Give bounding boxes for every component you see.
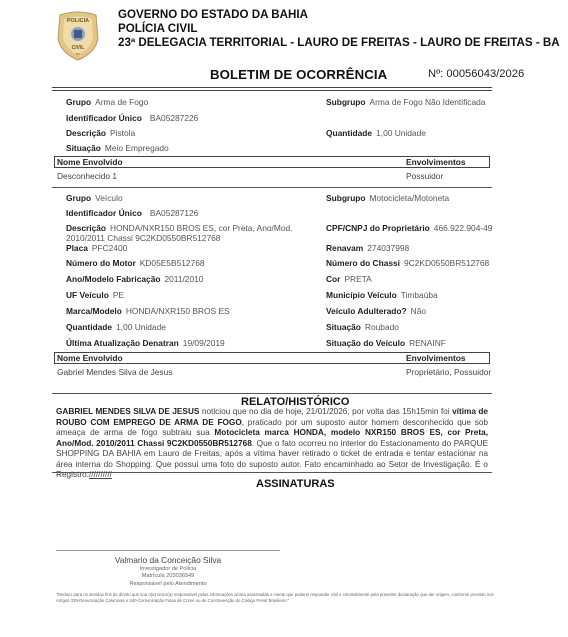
vehicle-color-field: CorPRETA <box>326 274 372 284</box>
vehicle-model-field: Marca/ModeloHONDA/NXR150 BROS ES <box>66 306 230 316</box>
vehicle-owner-cpf-field: CPF/CNPJ do Proprietário466.922.904-49 <box>326 223 492 233</box>
badge-bottom-text: CIVIL <box>72 45 85 51</box>
signer-role: Investigador de Polícia <box>56 566 280 572</box>
signer-responsibility: Responsável pelo Atendimento <box>56 581 280 587</box>
signatures-title: ASSINATURAS <box>256 478 335 490</box>
vehicle-quantity-field: Quantidade1,00 Unidade <box>66 322 166 332</box>
vehicle-involvement-header: Envolvimentos <box>406 353 466 363</box>
document-number-label: Nº: <box>428 68 443 80</box>
weapon-description-field: DescriçãoPistola <box>66 128 135 138</box>
header-government: GOVERNO DO ESTADO DA BAHIA <box>118 8 308 21</box>
vehicle-tampered-field: Veículo Adulterado?Não <box>326 306 426 316</box>
vehicle-renavam-field: Renavam274037998 <box>326 243 409 253</box>
weapon-status-field: SituaçãoMeio Empregado <box>66 143 169 153</box>
vehicle-state-field: UF VeículoPE <box>66 290 124 300</box>
document-number-value: 00056043/2026 <box>446 68 524 80</box>
weapon-involved-role: Possuidor <box>406 171 443 181</box>
weapon-id-field: Identificador ÚnicoBA05287226 <box>66 113 198 123</box>
vehicle-registry-status-field: Situação do VeículoRENAINF <box>326 338 446 348</box>
vehicle-involved-role: Proprietário, Possuidor <box>406 367 491 377</box>
signer-registration: Matrícula 203036549 <box>56 573 280 579</box>
signature-line <box>56 550 280 551</box>
legal-disclaimer: "Declaro para os devidos fins de direito… <box>56 592 502 604</box>
vehicle-status-field: SituaçãoRoubado <box>326 322 399 332</box>
police-badge-logo: POLICIA CIVIL BA <box>55 9 101 61</box>
vehicle-denatran-field: Última Atualização Denatran19/09/2019 <box>66 338 225 348</box>
weapon-subgroup-field: SubgrupoArma de Fogo Não Identificada <box>326 97 485 107</box>
weapon-quantity-field: Quantidade1,00 Unidade <box>326 128 426 138</box>
section-divider <box>52 393 492 394</box>
vehicle-plate-field: PlacaPFC2400 <box>66 243 127 253</box>
vehicle-group-field: GrupoVeículo <box>66 193 123 203</box>
vehicle-subgroup-field: SubgrupoMotocicleta/Motoneta <box>326 193 449 203</box>
badge-top-text: POLICIA <box>67 18 89 24</box>
document-number: Nº: 00056043/2026 <box>428 68 524 80</box>
weapon-involvement-header: Envolvimentos <box>406 157 466 167</box>
header-precinct: 23ª DELEGACIA TERRITORIAL - LAURO DE FRE… <box>118 36 560 49</box>
vehicle-description-line2: 2010/2011 Chassi 9C2KD0550BR512768 <box>66 233 220 243</box>
document-title: BOLETIM DE OCORRÊNCIA <box>210 67 387 82</box>
header-divider <box>52 87 492 88</box>
vehicle-involved-name: Gabriel Mendes Silva de Jesus <box>57 367 172 377</box>
badge-state-text: BA <box>76 52 80 56</box>
signer-name: Valmario da Conceição Silva <box>56 555 280 565</box>
vehicle-year-field: Ano/Modelo Fabricação2011/2010 <box>66 274 203 284</box>
vehicle-engine-field: Número do MotorKD05E5B512768 <box>66 258 205 268</box>
header-divider-2 <box>52 90 492 91</box>
weapon-involved-name: Desconhecido 1 <box>57 171 117 181</box>
header-agency: POLÍCIA CIVIL <box>118 22 197 35</box>
vehicle-description-field: DescriçãoHONDA/NXR150 BROS ES, cor Preta… <box>66 223 293 233</box>
weapon-group-field: GrupoArma de Fogo <box>66 97 148 107</box>
vehicle-chassis-field: Número do Chassi9C2KD0550BR512768 <box>326 258 489 268</box>
weapon-involved-name-header: Nome Envolvido <box>57 157 123 167</box>
vehicle-city-field: Município VeículoTimbaúba <box>326 290 438 300</box>
vehicle-id-field: Identificador ÚnicoBA05287126 <box>66 208 198 218</box>
section-divider <box>52 472 492 473</box>
narrative-text: GABRIEL MENDES SILVA DE JESUS noticiou q… <box>56 407 488 481</box>
section-divider <box>52 187 492 188</box>
vehicle-involved-name-header: Nome Envolvido <box>57 353 123 363</box>
